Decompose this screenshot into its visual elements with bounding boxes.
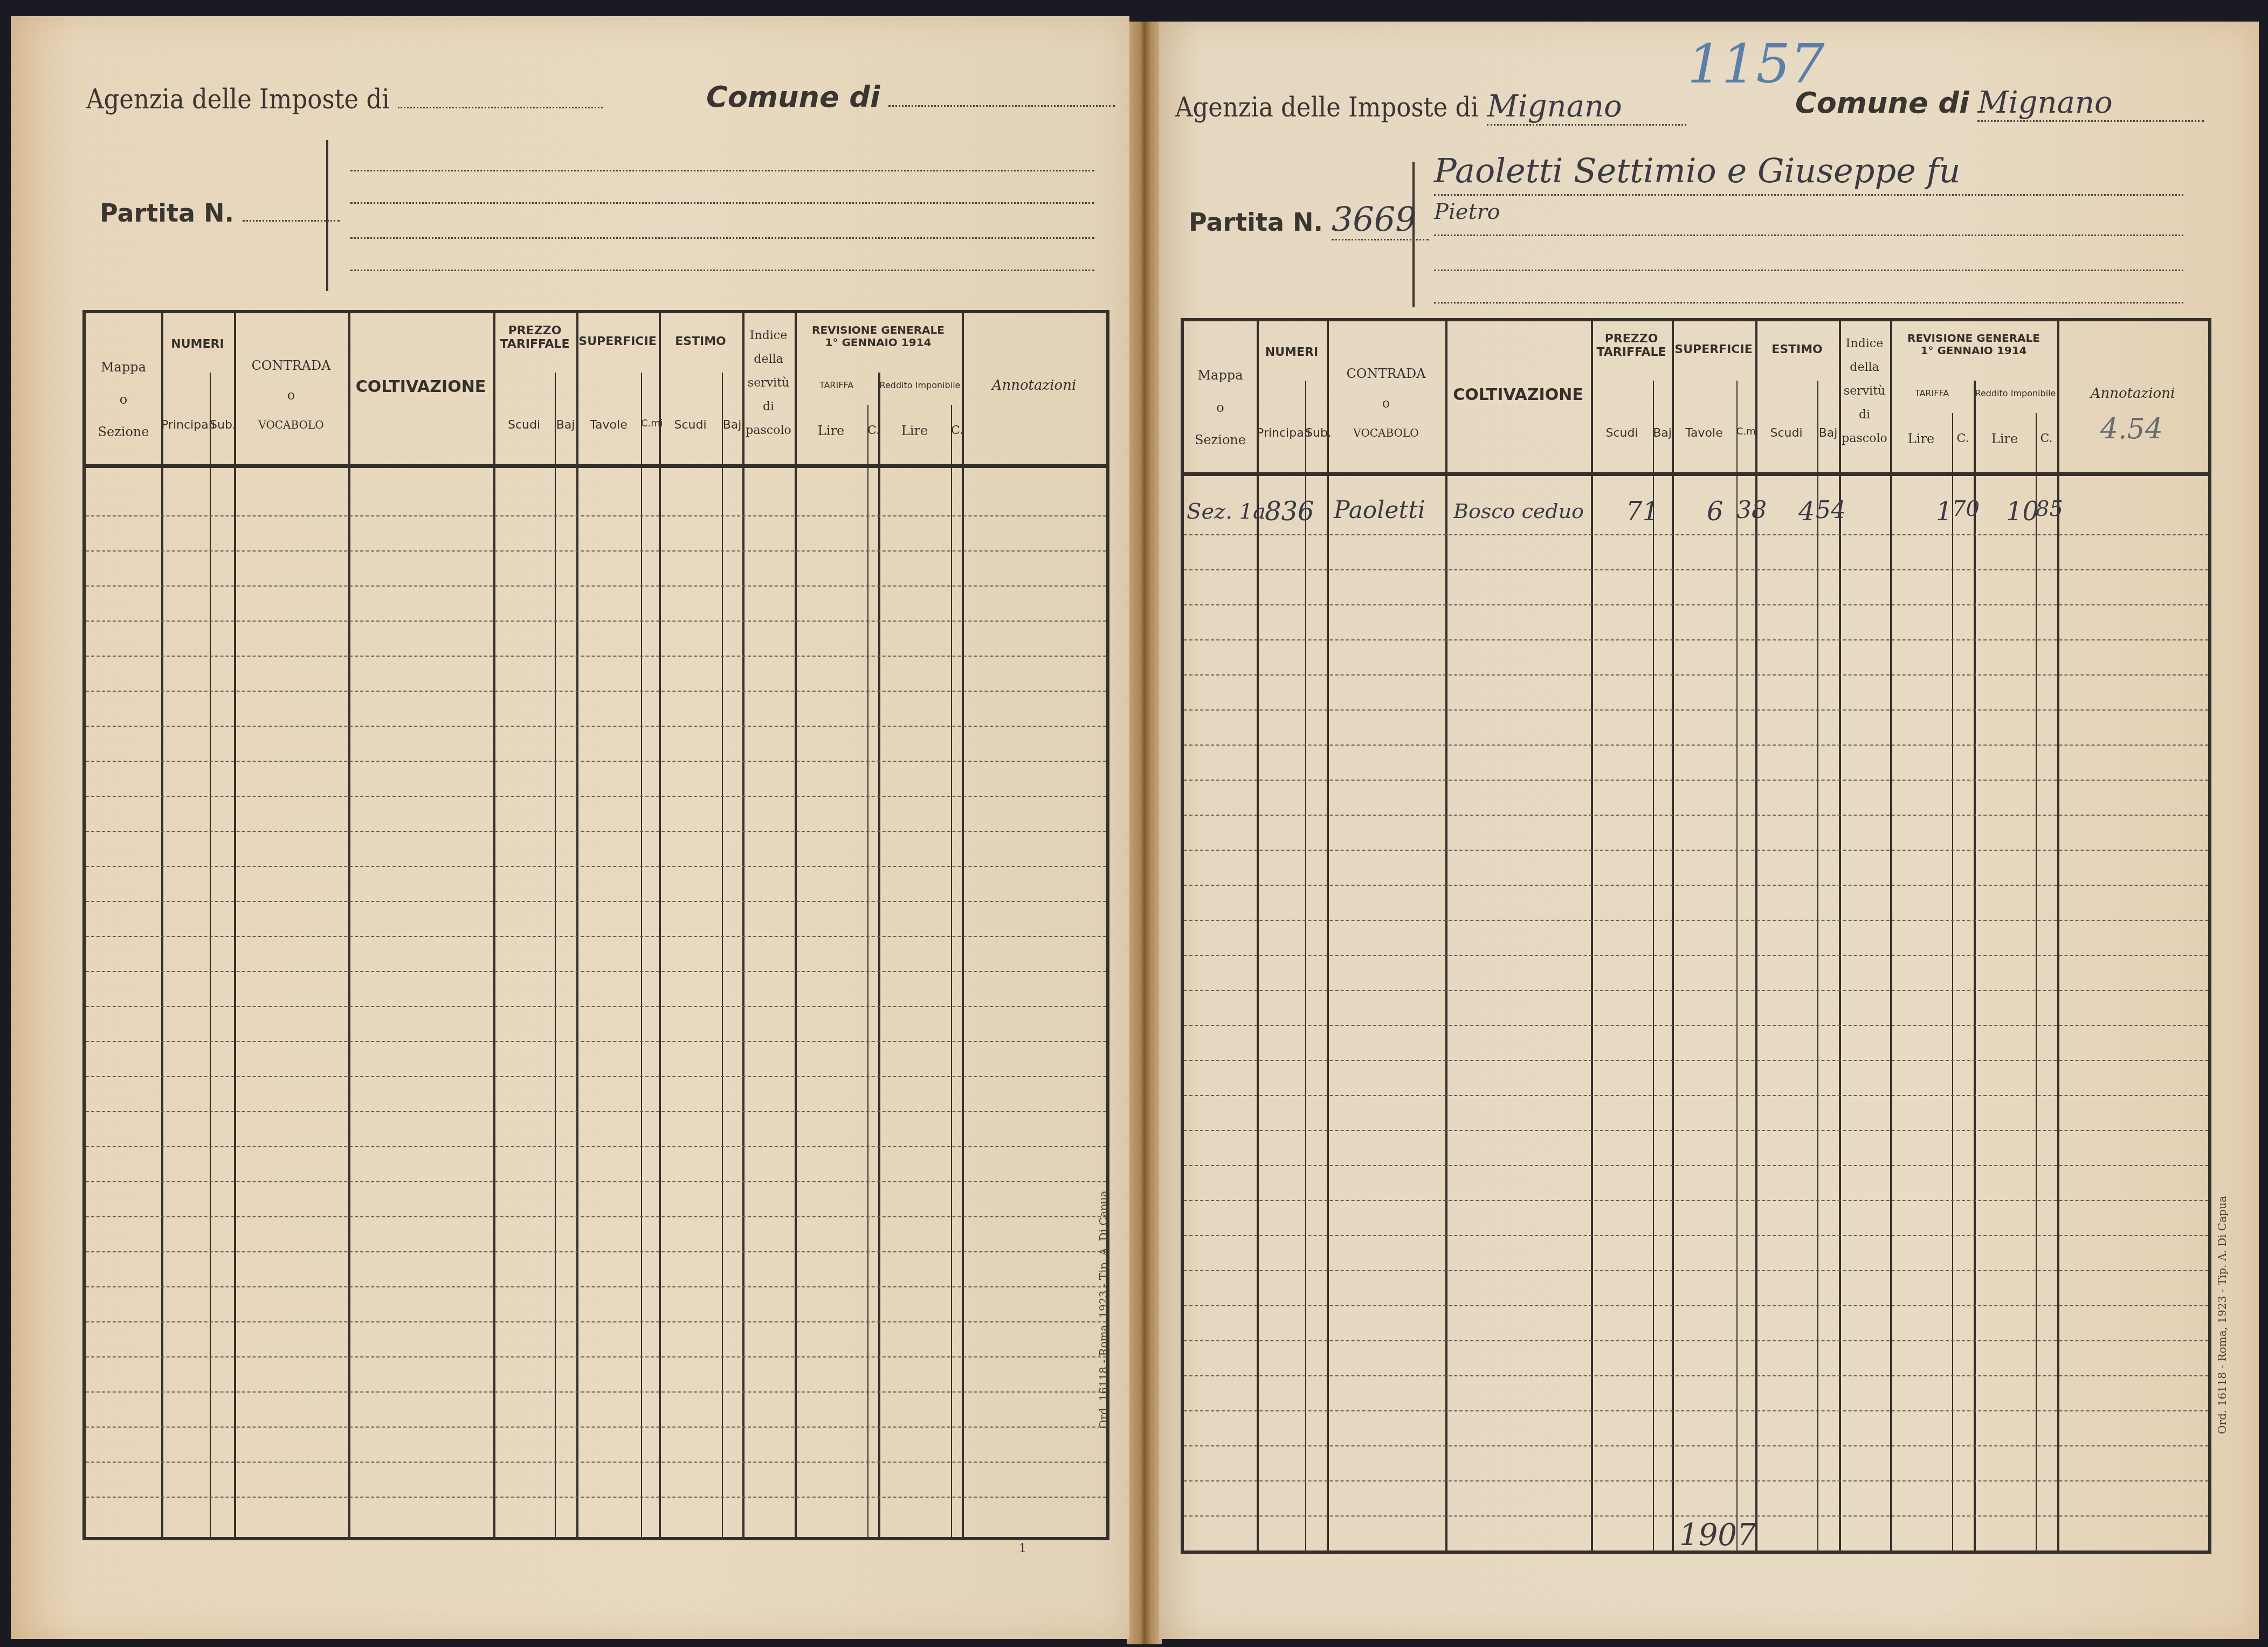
- printer-imprint-right: Ord. 16118 - Roma, 1923 - Tip. A. Di Cap…: [2216, 1196, 2229, 1434]
- header-reddito: Reddito Imponibile: [878, 381, 962, 390]
- cell-reddito-lire: 10: [2006, 497, 2039, 527]
- header-contrada: CONTRADAoVOCABOLO: [234, 351, 348, 440]
- cell-tariffa-c: 70: [1952, 497, 1980, 521]
- cell-estimo-baj: 54: [1816, 497, 1846, 524]
- header-mappa-right: MappaoSezione: [1184, 359, 1257, 456]
- header-reddito-right: Reddito Imponibile: [1974, 389, 2057, 398]
- header-cmi-right: C.mi: [1736, 426, 1755, 438]
- cell-superficie-cmi: 38: [1736, 497, 1767, 524]
- cell-coltivazione: Bosco ceduo: [1453, 499, 1584, 523]
- header-reddito-c-right: C.: [2036, 432, 2057, 445]
- owner-line-1-right: [1434, 194, 2183, 196]
- partita-field: Partita N.: [100, 197, 340, 228]
- footer-note: 1907: [1679, 1518, 1756, 1553]
- agenzia-label: Agenzia delle Imposte di: [86, 84, 390, 115]
- comune-label: Comune di: [706, 80, 880, 114]
- owner-line-4-right: [1434, 302, 2183, 304]
- header-scudi-right: Scudi: [1591, 426, 1653, 440]
- header-estimo-baj: Baj: [722, 418, 742, 432]
- header-prezzo: PREZZOTARIFFALE: [493, 324, 576, 352]
- cell-estimo-scudi: 4: [1798, 497, 1815, 527]
- header-revisione-right: REVISIONE GENERALE1° GENNAIO 1914: [1890, 332, 2057, 357]
- header-numeri: NUMERI: [161, 337, 234, 351]
- agenzia-value: [398, 107, 603, 108]
- header-mappa: MappaoSezione: [86, 351, 161, 448]
- header-tariffa: TARIFFA: [795, 381, 878, 390]
- header-estimo-baj-right: Baj: [1817, 426, 1839, 440]
- header-reddito-c: C.: [951, 424, 962, 437]
- comune-value: [888, 105, 1115, 107]
- agenzia-underline-right: Mignano: [1487, 89, 1686, 126]
- owner-line-4: [350, 270, 1094, 271]
- agenzia-value-right: Mignano: [1487, 89, 1622, 124]
- agenzia-label-right: Agenzia delle Imposte di: [1175, 92, 1479, 123]
- owner-brace-right: [1412, 162, 1415, 307]
- header-contrada-right: CONTRADAoVOCABOLO: [1327, 359, 1445, 448]
- header-revisione: REVISIONE GENERALE1° GENNAIO 1914: [795, 324, 962, 349]
- cell-prezzo-baj: 71: [1626, 497, 1659, 527]
- header-tariffa-lire-right: Lire: [1890, 432, 1952, 447]
- header-prezzo-right: PREZZOTARIFFALE: [1591, 332, 1672, 360]
- owner-line-2: [350, 202, 1094, 204]
- owner-line-1: [350, 170, 1094, 171]
- owner-name-line-2: Pietro: [1434, 199, 1500, 224]
- header-estimo-right: ESTIMO: [1755, 343, 1839, 356]
- header-tariffa-lire: Lire: [795, 424, 867, 439]
- cell-tariffa-lire: 1: [1936, 497, 1953, 527]
- header-estimo-scudi: Scudi: [659, 418, 722, 432]
- partita-field-right: Partita N. 3669: [1189, 199, 1429, 240]
- page-mark: 1: [1019, 1542, 1026, 1555]
- header-estimo-scudi-right: Scudi: [1755, 426, 1817, 440]
- header-coltivazione-right: COLTIVAZIONE: [1445, 386, 1591, 405]
- header-indice-right: Indicedellaservitùdipascolo: [1839, 332, 1890, 451]
- header-coltivazione: COLTIVAZIONE: [348, 378, 493, 397]
- header-superficie-right: SUPERFICIE: [1672, 343, 1755, 356]
- cell-contrada: Paoletti: [1334, 497, 1425, 524]
- owner-line-3-right: [1434, 270, 2183, 271]
- partita-label-right: Partita N.: [1189, 208, 1323, 237]
- comune-value-right: Mignano: [1977, 85, 2112, 120]
- header-tavole-right: Tavole: [1672, 426, 1736, 440]
- header-baj: Baj: [555, 418, 576, 432]
- comune-underline-right: Mignano: [1977, 85, 2204, 122]
- header-tavole: Tavole: [576, 418, 641, 432]
- left-page: Agenzia delle Imposte di Comune di Parti…: [11, 16, 1129, 1639]
- right-page: 1157 Agenzia delle Imposte di Mignano Co…: [1159, 22, 2259, 1639]
- header-sub: Sub.: [210, 418, 234, 432]
- partita-value-right: 3669: [1332, 199, 1417, 239]
- header-cmi: C.mi: [641, 418, 659, 430]
- header-baj-right: Baj: [1653, 426, 1672, 440]
- header-principali-right: Principali: [1257, 426, 1305, 440]
- header-superficie: SUPERFICIE: [576, 335, 659, 348]
- owner-line-3: [350, 237, 1094, 239]
- comune-label-right: Comune di: [1795, 86, 1969, 120]
- header-scudi: Scudi: [493, 418, 555, 432]
- owner-name-line-1: Paoletti Settimio e Giuseppe fu: [1434, 151, 1960, 190]
- header-tariffa-right: TARIFFA: [1890, 389, 1974, 398]
- comune-field-right: Comune di Mignano: [1795, 85, 2204, 122]
- header-annotazioni: Annotazioni: [962, 378, 1106, 394]
- comune-field: Comune di: [706, 80, 1115, 114]
- owner-line-2-right: [1434, 235, 2183, 236]
- book-gutter: [1127, 22, 1162, 1644]
- cell-mappa: Sez. 1a: [1187, 499, 1266, 524]
- cell-principali: 836: [1265, 497, 1314, 527]
- header-annotazioni-right: Annotazioni: [2057, 386, 2208, 402]
- header-tariffa-c-right: C.: [1952, 432, 1974, 445]
- header-tariffa-c: C.: [867, 424, 878, 437]
- header-reddito-lire: Lire: [878, 424, 951, 439]
- cell-reddito-c: 85: [2036, 497, 2063, 521]
- header-reddito-lire-right: Lire: [1974, 432, 2036, 447]
- partita-value: [243, 220, 340, 222]
- header-numeri-right: NUMERI: [1257, 346, 1327, 359]
- header-indice: Indicedellaservitùdipascolo: [742, 324, 795, 443]
- header-sub-right: Sub.: [1305, 426, 1327, 440]
- owner-brace: [326, 140, 328, 291]
- printer-imprint: Ord. 16118 - Roma, 1923 - Tip. A. Di Cap…: [1097, 1190, 1110, 1429]
- agenzia-field: Agenzia delle Imposte di: [86, 84, 603, 115]
- header-principali: Principali: [161, 418, 210, 432]
- cell-superficie-tavole: 6: [1707, 497, 1724, 527]
- cadastre-table-left: MappaoSezione NUMERI Principali Sub. CON…: [82, 310, 1109, 1540]
- annotation-header-note: 4.54: [2100, 413, 2163, 445]
- agenzia-field-right: Agenzia delle Imposte di Mignano: [1175, 89, 1686, 126]
- partita-label: Partita N.: [100, 198, 234, 228]
- header-estimo: ESTIMO: [659, 335, 742, 348]
- cadastre-table-right: MappaoSezione NUMERI Principali Sub. CON…: [1181, 318, 2211, 1554]
